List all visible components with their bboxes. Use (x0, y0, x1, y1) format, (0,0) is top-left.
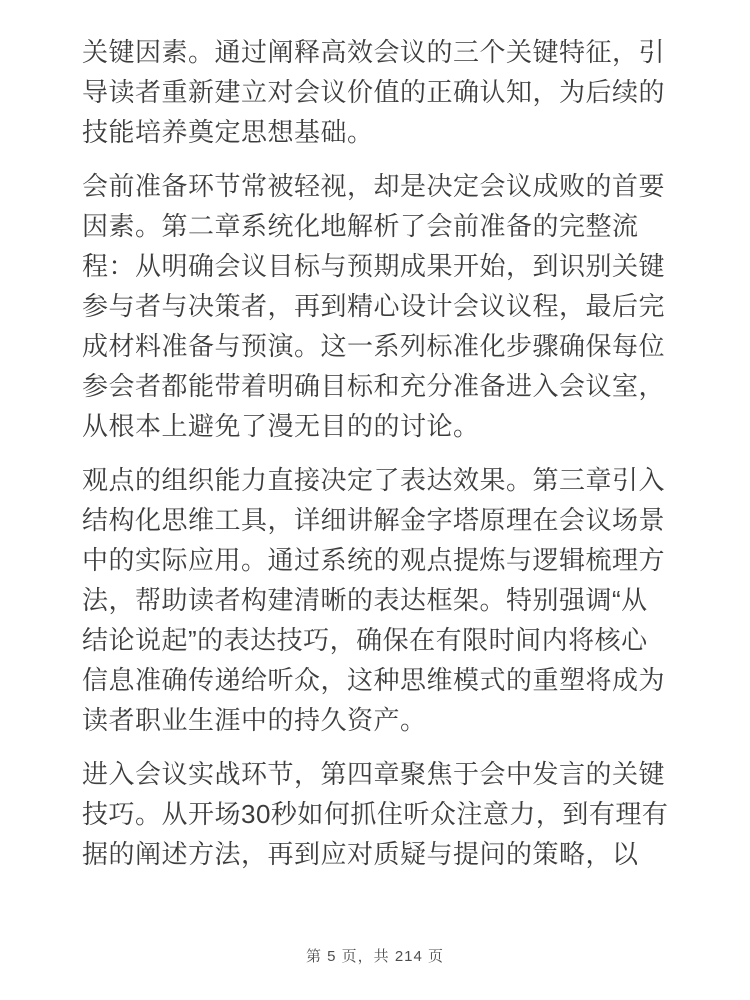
paragraph-2: 会前准备环节常被轻视，却是决定会议成败的首要因素。第二章系统化地解析了会前准备的… (82, 166, 672, 446)
paragraph-3: 观点的组织能力直接决定了表达效果。第三章引入结构化思维工具，详细讲解金字塔原理在… (82, 460, 672, 740)
document-page: 关键因素。通过阐释高效会议的三个关键特征，引导读者重新建立对会议价值的正确认知，… (0, 0, 750, 1000)
page-content: 关键因素。通过阐释高效会议的三个关键特征，引导读者重新建立对会议价值的正确认知，… (82, 32, 672, 888)
paragraph-4: 进入会议实战环节，第四章聚焦于会中发言的关键技巧。从开场30秒如何抓住听众注意力… (82, 754, 672, 874)
page-indicator: 第 5 页，共 214 页 (0, 945, 750, 966)
paragraph-1: 关键因素。通过阐释高效会议的三个关键特征，引导读者重新建立对会议价值的正确认知，… (82, 32, 672, 152)
